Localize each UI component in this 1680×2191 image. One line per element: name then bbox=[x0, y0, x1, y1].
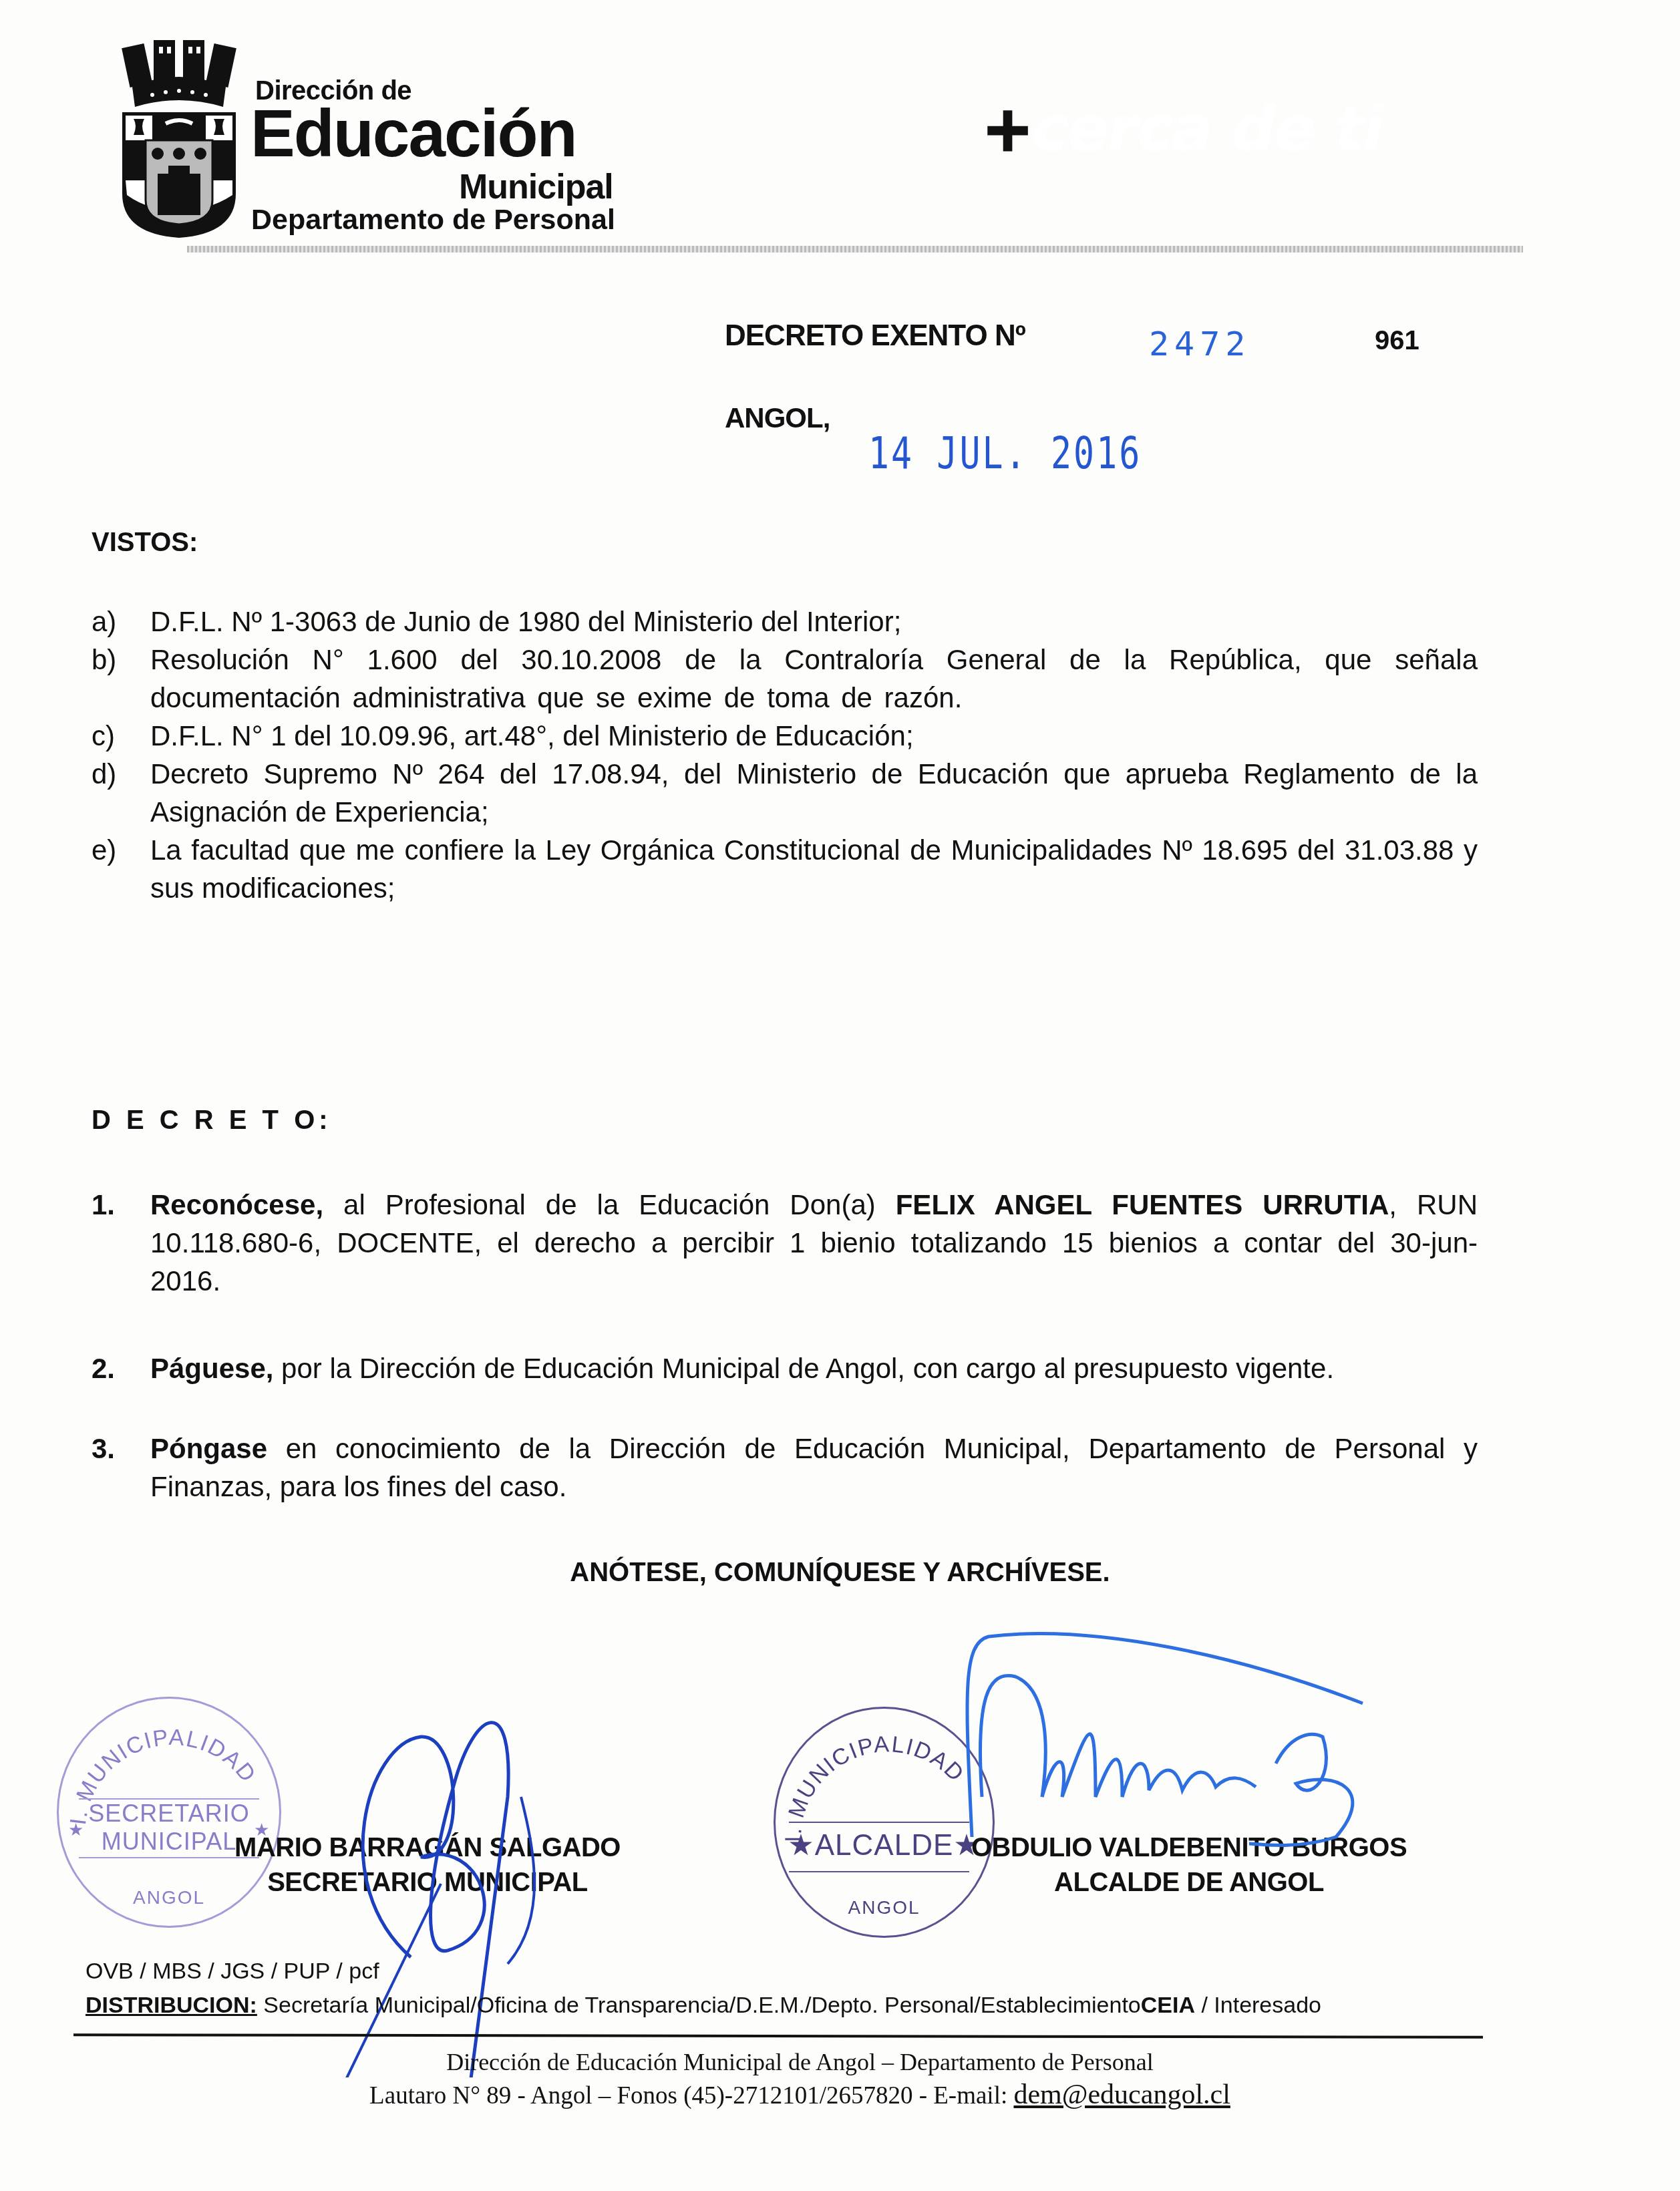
vistos-title: VISTOS: bbox=[92, 528, 198, 558]
municipal-coat-of-arms-icon bbox=[112, 40, 246, 240]
vistos-list: a)D.F.L. Nº 1-3063 de Junio de 1980 del … bbox=[92, 603, 1478, 907]
seal-town: ANGOL bbox=[776, 1897, 993, 1918]
closing-formula: ANÓTESE, COMUNÍQUESE Y ARCHÍVESE. bbox=[0, 1558, 1680, 1588]
decree-place: ANGOL, bbox=[725, 402, 830, 434]
header-line-department: Departamento de Personal bbox=[251, 204, 615, 236]
slogan: +cerca de ti bbox=[982, 94, 1383, 165]
decreto-list: 1. Reconócese, al Profesional de la Educ… bbox=[92, 1186, 1478, 1300]
mayor-seal: I. MUNICIPALIDAD ★ALCALDE★ ANGOL bbox=[774, 1707, 995, 1938]
header-line-municipal: Municipal bbox=[459, 167, 613, 207]
date-stamp: 14 JUL. 2016 bbox=[868, 428, 1142, 479]
decreto-title: D E C R E T O: bbox=[92, 1106, 332, 1136]
footer-address-text: Lautaro N° 89 - Angol – Fonos (45)-27121… bbox=[369, 2082, 1013, 2110]
typist-initials: OVB / MBS / JGS / PUP / pcf bbox=[86, 1959, 379, 1985]
item-text: en conocimiento de la Dirección de Educa… bbox=[150, 1433, 1478, 1502]
header-line-educacion: Educación bbox=[250, 100, 576, 167]
item-text: La facultad que me confiere la Ley Orgán… bbox=[150, 831, 1478, 907]
item-text: D.F.L. Nº 1-3063 de Junio de 1980 del Mi… bbox=[150, 603, 1478, 641]
plus-icon: + bbox=[982, 94, 1032, 165]
distribution-establishment: CEIA bbox=[1141, 1993, 1195, 2018]
secretary-name: MARIO BARRAGÁN SALGADO bbox=[214, 1830, 641, 1865]
decreto-item: 2. Páguese, por la Dirección de Educació… bbox=[92, 1349, 1478, 1387]
item-label: 3. bbox=[92, 1429, 150, 1506]
distribution-line: DISTRIBUCION: Secretaría Municipal/Ofici… bbox=[86, 1993, 1321, 2019]
vistos-item: c)D.F.L. N° 1 del 10.09.96, art.48°, del… bbox=[92, 717, 1478, 755]
item-text: por la Dirección de Educación Municipal … bbox=[273, 1353, 1334, 1384]
decree-label: DECRETO EXENTO Nº bbox=[725, 319, 1025, 353]
item-lead: Póngase bbox=[150, 1433, 267, 1464]
footer-address: Lautaro N° 89 - Angol – Fonos (45)-27121… bbox=[0, 2079, 1680, 2111]
item-label: 1. bbox=[92, 1186, 150, 1300]
mayor-handwritten-signature bbox=[962, 1617, 1443, 1857]
item-label: a) bbox=[92, 603, 150, 641]
header-divider bbox=[187, 246, 1523, 252]
distribution-text: Secretaría Municipal/Oficina de Transpar… bbox=[257, 1993, 1141, 2018]
decreto-item: 1. Reconócese, al Profesional de la Educ… bbox=[92, 1186, 1478, 1300]
footer-organization: Dirección de Educación Municipal de Ango… bbox=[0, 2048, 1680, 2076]
item-label: 2. bbox=[92, 1349, 150, 1387]
beneficiary-name: FELIX ANGEL FUENTES URRUTIA bbox=[896, 1189, 1389, 1220]
distribution-label: DISTRIBUCION: bbox=[86, 1993, 257, 2018]
item-text: Decreto Supremo Nº 264 del 17.08.94, del… bbox=[150, 755, 1478, 831]
mayor-signature-block: OBDULIO VALDEBENITO BURGOS ALCALDE DE AN… bbox=[949, 1830, 1430, 1900]
vistos-item: b)Resolución N° 1.600 del 30.10.2008 de … bbox=[92, 641, 1478, 717]
decreto-list: 3. Póngase en conocimiento de la Direcci… bbox=[92, 1429, 1478, 1506]
svg-text:I. MUNICIPALIDAD: I. MUNICIPALIDAD bbox=[781, 1731, 969, 1842]
vistos-item: e)La facultad que me confiere la Ley Org… bbox=[92, 831, 1478, 907]
seal-role: SECRETARIO bbox=[59, 1800, 279, 1827]
decree-number: 961 bbox=[1375, 326, 1419, 356]
footer-divider bbox=[73, 2033, 1483, 2039]
item-label: b) bbox=[92, 641, 150, 717]
item-text: Resolución N° 1.600 del 30.10.2008 de la… bbox=[150, 641, 1478, 717]
decreto-list: 2. Páguese, por la Dirección de Educació… bbox=[92, 1349, 1478, 1387]
secretary-signature-block: MARIO BARRAGÁN SALGADO SECRETARIO MUNICI… bbox=[214, 1830, 641, 1900]
item-lead: Páguese, bbox=[150, 1353, 273, 1384]
distribution-tail: / Interesado bbox=[1195, 1993, 1321, 2018]
footer-email-link[interactable]: dem@educangol.cl bbox=[1013, 2079, 1230, 2110]
vistos-item: a)D.F.L. Nº 1-3063 de Junio de 1980 del … bbox=[92, 603, 1478, 641]
mayor-name: OBDULIO VALDEBENITO BURGOS bbox=[949, 1830, 1430, 1865]
decreto-item: 3. Póngase en conocimiento de la Direcci… bbox=[92, 1429, 1478, 1506]
mayor-title: ALCALDE DE ANGOL bbox=[949, 1865, 1430, 1900]
vistos-item: d)Decreto Supremo Nº 264 del 17.08.94, d… bbox=[92, 755, 1478, 831]
item-text: al Profesional de la Educación Don(a) bbox=[323, 1189, 896, 1220]
secretary-title: SECRETARIO MUNICIPAL bbox=[214, 1865, 641, 1900]
slogan-text: cerca de ti bbox=[1032, 94, 1383, 165]
decree-stamped-number: 2472 bbox=[1149, 325, 1250, 363]
item-text: D.F.L. N° 1 del 10.09.96, art.48°, del M… bbox=[150, 717, 1478, 755]
item-label: e) bbox=[92, 831, 150, 907]
item-lead: Reconócese, bbox=[150, 1189, 323, 1220]
item-label: d) bbox=[92, 755, 150, 831]
item-label: c) bbox=[92, 717, 150, 755]
